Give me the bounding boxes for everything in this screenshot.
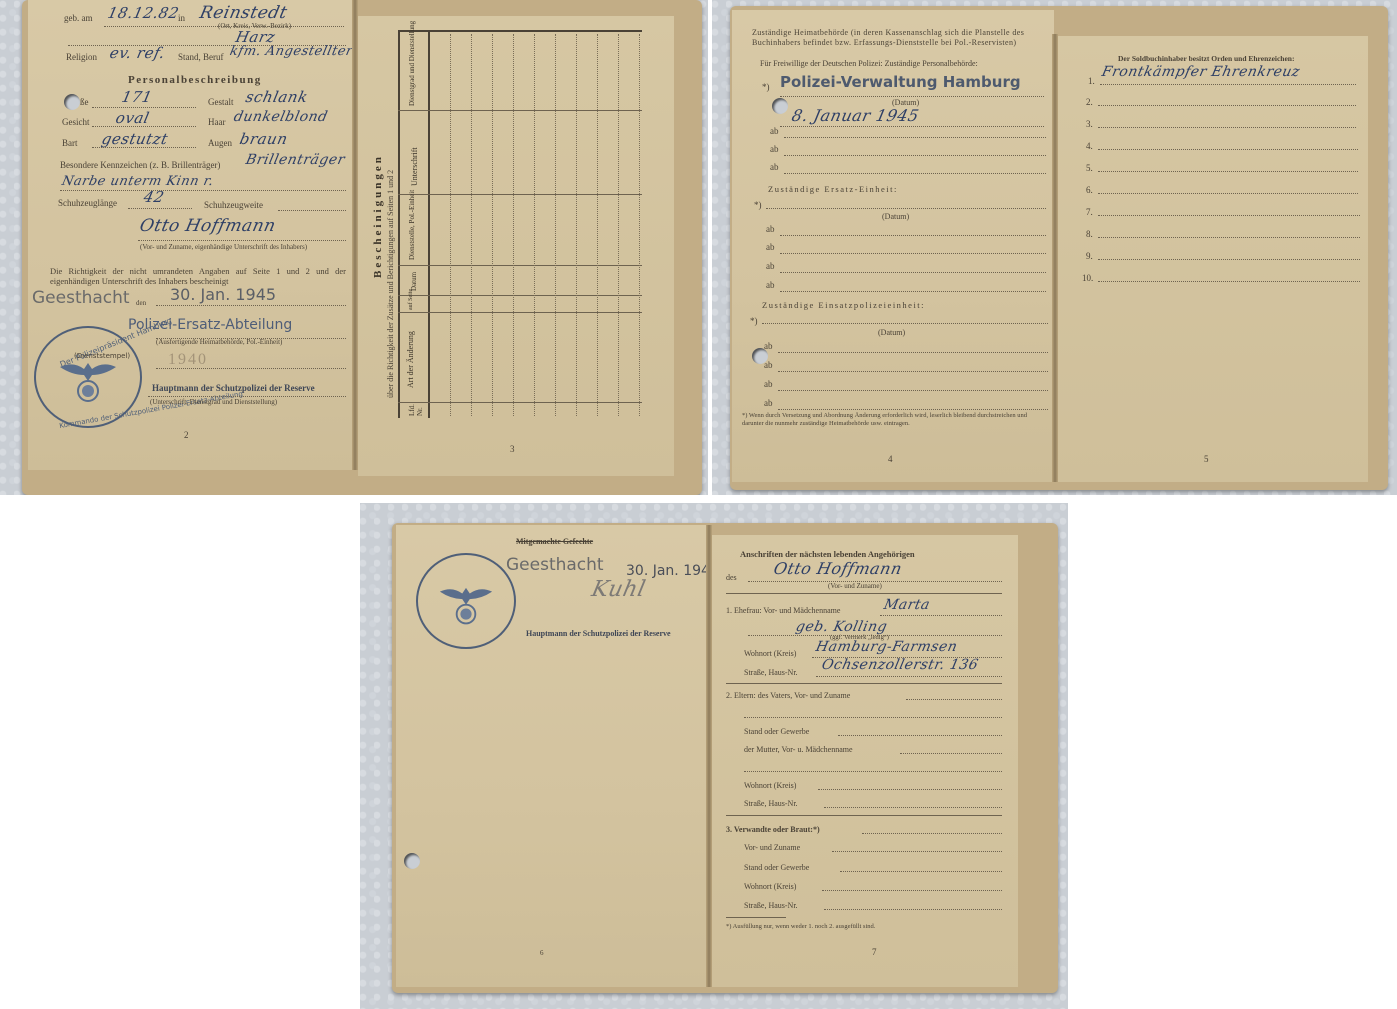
ab-label: ab xyxy=(764,398,773,408)
replacement-unit-heading: Zuständige Ersatz-Einheit: xyxy=(768,184,898,194)
page-6: Mitgemachte Gefechte Geesthacht 30. Jan.… xyxy=(396,525,708,987)
decorations-heading: Der Soldbuchinhaber besitzt Orden und Eh… xyxy=(1118,54,1294,63)
home-authority-heading: Zuständige Heimatbehörde (in deren Kasse… xyxy=(752,28,1050,48)
shoe-width-label: Schuhzeugweite xyxy=(204,200,263,210)
page-number-2: 2 xyxy=(184,430,189,440)
column-header-auf-seite: auf Seite xyxy=(408,289,414,310)
page-number-6: 6 xyxy=(540,949,544,957)
shoe-length-value: 42 xyxy=(142,188,166,206)
relatives-heading: Anschriften der nächsten lebenden Angehö… xyxy=(740,549,915,559)
father-occupation-label: Stand oder Gewerbe xyxy=(744,727,809,736)
eagle-emblem-icon xyxy=(418,555,514,647)
official-stamp xyxy=(416,553,516,649)
spouse-residence: Hamburg-Farmsen xyxy=(814,639,959,655)
profession-value: kfm. Angestellter xyxy=(228,44,354,59)
ab-label: ab xyxy=(766,242,775,252)
ab-label: ab xyxy=(766,224,775,234)
decoration-number: 9. xyxy=(1086,251,1093,261)
column-header-lfd-nr: Lfd. Nr. xyxy=(408,400,424,416)
decoration-number: 1. xyxy=(1088,76,1095,86)
hair-label: Haar xyxy=(208,117,226,127)
place-stamp: Geesthacht xyxy=(32,288,130,308)
page-3: Bescheinigungen über die Richtigkeit der… xyxy=(358,16,674,476)
rank-stamp: Hauptmann der Schutzpolizei der Reserve xyxy=(526,629,671,638)
faint-signature: 1940 xyxy=(168,351,208,369)
column-header-datum: Datum xyxy=(410,272,418,291)
rank-stamp: Hauptmann der Schutzpolizei der Reserve xyxy=(152,383,315,393)
relative-name-label: Vor- und Zuname xyxy=(744,843,800,852)
eyes-value: braun xyxy=(238,130,289,148)
photo-pages-2-3: geb. am 18.12.82 in Reinstedt (Ort, Krei… xyxy=(0,0,708,495)
spouse-street-label: Straße, Haus-Nr. xyxy=(744,668,798,677)
spouse-label: 1. Ehefrau: Vor- und Mädchenname xyxy=(726,606,840,615)
page-number-7: 7 xyxy=(872,947,877,957)
column-header-art-der-aenderung: Art der Änderung xyxy=(406,331,415,388)
page-number-4: 4 xyxy=(888,454,893,464)
decoration-number: 10. xyxy=(1082,273,1093,283)
punch-hole xyxy=(404,853,420,869)
ab-label: ab xyxy=(766,261,775,271)
datum-value-1: 8. Januar 1945 xyxy=(790,106,921,125)
decoration-value: Frontkämpfer Ehrenkreuz xyxy=(1100,64,1301,80)
decoration-number: 5. xyxy=(1086,163,1093,173)
born-label: geb. am xyxy=(64,13,93,23)
page-4-footnote: *) Wenn durch Versetzung und Abordnung Ä… xyxy=(742,412,1046,428)
decoration-number: 8. xyxy=(1086,229,1093,239)
build-value: schlank xyxy=(244,88,310,106)
personal-description-heading: Personalbeschreibung xyxy=(128,74,262,86)
certification-text: Die Richtigkeit der nicht umrandeten Ang… xyxy=(50,266,346,286)
ab-label: ab xyxy=(766,280,775,290)
relatives-label: 3. Verwandte oder Braut:*) xyxy=(726,825,820,834)
page-5: Der Soldbuchinhaber besitzt Orden und Eh… xyxy=(1058,36,1368,482)
officer-signature: Kuhl xyxy=(589,577,648,602)
punch-hole xyxy=(772,98,788,114)
shoe-length-label: Schuhzeuglänge xyxy=(58,198,117,208)
place-stamp: Geesthacht xyxy=(506,555,604,575)
eyes-label: Augen xyxy=(208,138,232,148)
born-date: 18.12.82 xyxy=(106,4,181,22)
punch-hole xyxy=(752,348,768,364)
beard-value: gestutzt xyxy=(100,130,170,148)
face-value: oval xyxy=(114,109,151,127)
spouse-maiden-name: geb. Kolling xyxy=(794,619,888,635)
rank-caption: (Unterschrift, Dienstgrad und Dienststel… xyxy=(150,398,277,406)
decoration-number: 7. xyxy=(1086,207,1093,217)
height-value: 171 xyxy=(120,88,154,106)
certifications-title: Bescheinigungen xyxy=(372,154,384,278)
holder-name-caption: (Vor- und Zuname) xyxy=(828,582,882,590)
ab-label: ab xyxy=(764,379,773,389)
punch-hole xyxy=(64,94,80,110)
page-2: geb. am 18.12.82 in Reinstedt (Ort, Krei… xyxy=(28,0,353,470)
photo-pages-4-5: Zuständige Heimatbehörde (in deren Kasse… xyxy=(712,0,1397,495)
police-unit-heading: Zuständige Einsatzpolizeieinheit: xyxy=(762,300,925,310)
decoration-number: 6. xyxy=(1086,185,1093,195)
profession-label: Stand, Beruf xyxy=(178,52,224,62)
page-number-5: 5 xyxy=(1204,454,1209,464)
page-4: Zuständige Heimatbehörde (in deren Kasse… xyxy=(732,10,1054,482)
parents-street-label: Straße, Haus-Nr. xyxy=(744,799,798,808)
relative-street-label: Straße, Haus-Nr. xyxy=(744,901,798,910)
spouse-name: Marta xyxy=(882,597,931,613)
asterisk-2: *) xyxy=(754,200,762,210)
authority-stamp: Polizei-Verwaltung Hamburg xyxy=(780,73,1021,91)
parents-label: 2. Eltern: des Vaters, Vor- und Zuname xyxy=(726,691,850,700)
beard-label: Bart xyxy=(62,138,78,148)
certifications-subtitle: über die Richtigkeit der Zusätze und Ber… xyxy=(386,170,395,398)
asterisk-1: *) xyxy=(762,82,770,92)
home-authority-subheading: Für Freiwillige der Deutschen Polizei: Z… xyxy=(760,59,978,68)
column-header-dienststelle: Dienststelle, Pol.-Einheit xyxy=(408,190,416,260)
mother-label: der Mutter, Vor- u. Mädchenname xyxy=(744,745,853,754)
struck-heading: Mitgemachte Gefechte xyxy=(516,537,593,546)
page-7: Anschriften der nächsten lebenden Angehö… xyxy=(712,535,1018,987)
marks-value-line2: Narbe unterm Kinn r. xyxy=(60,174,215,189)
holder-signature: Otto Hoffmann xyxy=(138,216,278,236)
decoration-number: 4. xyxy=(1086,141,1093,151)
official-stamp: Der Polizeipräsident Hamburg (Dienststem… xyxy=(34,326,142,428)
spouse-street: Ochsenzollerstr. 136 xyxy=(820,657,980,673)
ab-label: ab xyxy=(770,162,779,172)
marks-label: Besondere Kennzeichen (z. B. Brillenträg… xyxy=(60,160,220,170)
born-place: Reinstedt xyxy=(198,3,289,23)
page-7-footnote: *) Ausfüllung nur, wenn weder 1. noch 2.… xyxy=(726,923,875,930)
photo-pages-6-7: Mitgemachte Gefechte Geesthacht 30. Jan.… xyxy=(360,503,1068,1009)
face-label: Gesicht xyxy=(62,117,90,127)
build-label: Gestalt xyxy=(208,97,234,107)
page-number-3: 3 xyxy=(510,444,515,454)
datum-label-2: (Datum) xyxy=(882,212,909,221)
column-header-unterschrift: Unterschrift xyxy=(410,147,419,186)
born-in-label: in xyxy=(178,13,185,23)
den-label: den xyxy=(136,299,146,307)
religion-value: ev. ref. xyxy=(108,44,167,62)
date-stamp: 30. Jan. 1945 xyxy=(170,285,276,304)
datum-label-3: (Datum) xyxy=(878,328,905,337)
holder-name: Otto Hoffmann xyxy=(772,559,904,578)
table-header-border xyxy=(428,30,430,418)
spouse-residence-label: Wohnort (Kreis) xyxy=(744,649,796,658)
decoration-number: 2. xyxy=(1086,97,1093,107)
column-header-dienstgrad: Dienstgrad und Dienststellung xyxy=(408,21,416,106)
asterisk-3: *) xyxy=(750,316,758,326)
table-left-border xyxy=(398,30,400,418)
ab-label: ab xyxy=(770,144,779,154)
hair-value: dunkelblond xyxy=(232,109,329,125)
ab-label: ab xyxy=(770,126,779,136)
parents-residence-label: Wohnort (Kreis) xyxy=(744,781,796,790)
relative-residence-label: Wohnort (Kreis) xyxy=(744,882,796,891)
des-label: des xyxy=(726,573,737,582)
unit-caption: (Ausfertigende Heimatbehörde, Pol.-Einhe… xyxy=(156,338,282,346)
signature-caption: (Vor- und Zuname, eigenhändige Unterschr… xyxy=(140,243,307,251)
marks-value: Brillenträger xyxy=(244,152,346,168)
relative-occupation-label: Stand oder Gewerbe xyxy=(744,863,809,872)
decoration-number: 3. xyxy=(1086,119,1093,129)
religion-label: Religion xyxy=(66,52,97,62)
